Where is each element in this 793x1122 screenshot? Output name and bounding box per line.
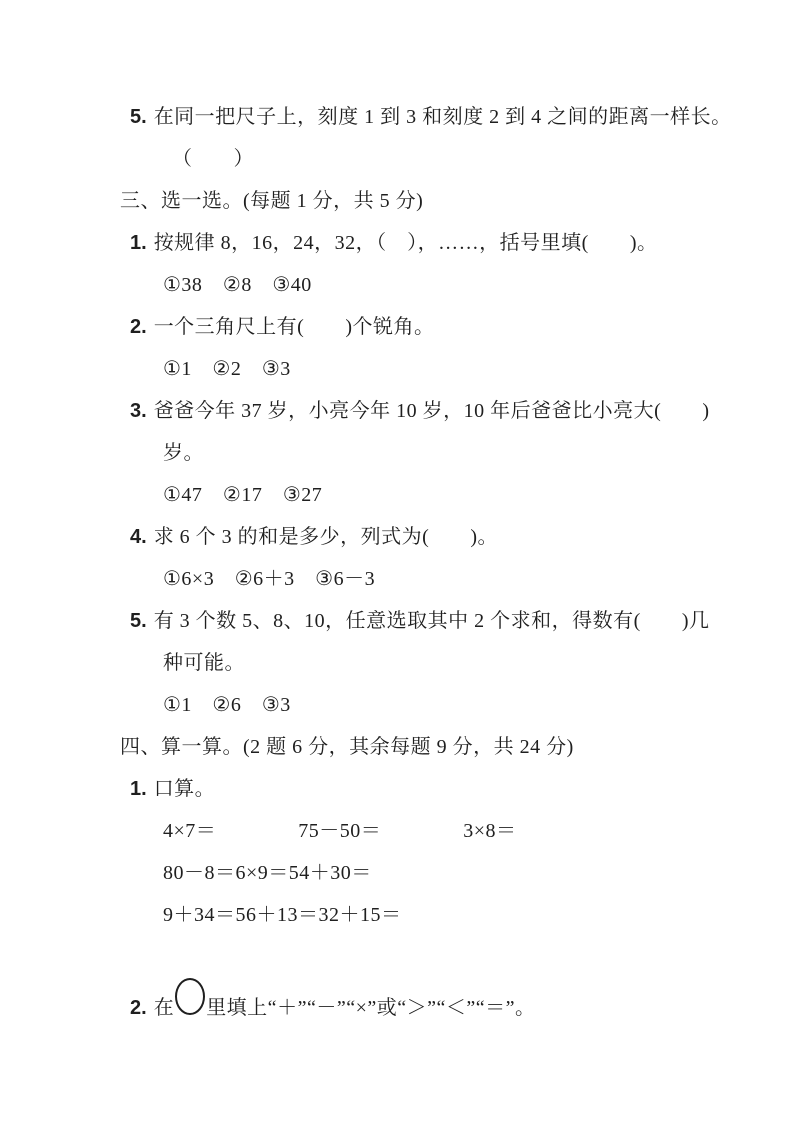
item-number: 1. (130, 778, 147, 800)
oral-calc-row-text: 9＋34＝56＋13＝32＋15＝ (163, 904, 402, 926)
question-line: 4.求 6 个 3 的和是多少，列式为( )。 (130, 516, 703, 558)
question-text: 有 3 个数 5、8、10，任意选取其中 2 个求和，得数有( )几 (154, 610, 710, 632)
options-row-text: ①6×3 ②6＋3 ③6－3 (163, 568, 375, 590)
question-text-after: 里填上“＋”“－”“×”或“＞”“＜”“＝”。 (206, 997, 535, 1019)
question-line-with-circle: 2.在里填上“＋”“－”“×”或“＞”“＜”“＝”。 (130, 978, 703, 1020)
question-text-before: 在 (154, 997, 175, 1019)
question-text: 口算。 (154, 778, 216, 800)
options-row-text: ①38 ②8 ③40 (163, 274, 312, 296)
section-header-text: 四、算一算。(2 题 6 分，其余每题 9 分，共 24 分) (120, 736, 574, 758)
question-text: 一个三角尺上有( )个锐角。 (154, 316, 435, 338)
section-header-text: 三、选一选。(每题 1 分，共 5 分) (120, 190, 423, 212)
continuation-row-text: 种可能。 (163, 652, 245, 674)
oral-calc-row-text: 4×7＝ 75－50＝ 3×8＝ (163, 820, 517, 842)
question-text: 爸爸今年 37 岁，小亮今年 10 岁，10 年后爸爸比小亮大( ) (154, 400, 710, 422)
item-number: 3. (130, 400, 147, 422)
item-number: 5. (130, 610, 147, 632)
question-text: 按规律 8，16，24，32，（ ），……，括号里填( )。 (154, 232, 658, 254)
document-body: 5.在同一把尺子上，刻度 1 到 3 和刻度 2 到 4 之间的距离一样长。（ … (120, 96, 703, 1020)
item-number: 2. (130, 316, 147, 338)
question-line: 1.口算。 (130, 768, 703, 810)
answer-circle (175, 978, 205, 1015)
item-number: 2. (130, 997, 147, 1019)
continuation-row-text: 岁。 (163, 442, 204, 464)
item-number: 1. (130, 232, 147, 254)
section-header: 三、选一选。(每题 1 分，共 5 分) (120, 180, 703, 222)
question-line: 2.一个三角尺上有( )个锐角。 (130, 306, 703, 348)
oral-calc-row: 80－8＝6×9＝54＋30＝ (163, 852, 703, 894)
options-row: ①1 ②2 ③3 (163, 348, 703, 390)
question-line: 5.在同一把尺子上，刻度 1 到 3 和刻度 2 到 4 之间的距离一样长。 (130, 96, 703, 138)
options-row: ①6×3 ②6＋3 ③6－3 (163, 558, 703, 600)
answer-blank-row: （ ） (172, 138, 703, 180)
options-row: ①47 ②17 ③27 (163, 474, 703, 516)
oral-calc-row: 4×7＝ 75－50＝ 3×8＝ (163, 810, 703, 852)
section-header: 四、算一算。(2 题 6 分，其余每题 9 分，共 24 分) (120, 726, 703, 768)
options-row: ①1 ②6 ③3 (163, 684, 703, 726)
question-line: 3.爸爸今年 37 岁，小亮今年 10 岁，10 年后爸爸比小亮大( ) (130, 390, 703, 432)
spacer-row (120, 936, 703, 978)
item-number: 4. (130, 526, 147, 548)
continuation-row: 种可能。 (163, 642, 703, 684)
oral-calc-row-text: 80－8＝6×9＝54＋30＝ (163, 862, 372, 884)
options-row: ①38 ②8 ③40 (163, 264, 703, 306)
question-line: 5.有 3 个数 5、8、10，任意选取其中 2 个求和，得数有( )几 (130, 600, 703, 642)
worksheet-page: 5.在同一把尺子上，刻度 1 到 3 和刻度 2 到 4 之间的距离一样长。（ … (0, 0, 793, 1122)
continuation-row: 岁。 (163, 432, 703, 474)
question-line: 1.按规律 8，16，24，32，（ ），……，括号里填( )。 (130, 222, 703, 264)
oral-calc-row: 9＋34＝56＋13＝32＋15＝ (163, 894, 703, 936)
options-row-text: ①1 ②2 ③3 (163, 358, 291, 380)
options-row-text: ①47 ②17 ③27 (163, 484, 322, 506)
question-text: 求 6 个 3 的和是多少，列式为( )。 (154, 526, 498, 548)
item-number: 5. (130, 106, 147, 128)
answer-blank-row-text: （ ） (172, 148, 254, 170)
options-row-text: ①1 ②6 ③3 (163, 694, 291, 716)
question-text: 在同一把尺子上，刻度 1 到 3 和刻度 2 到 4 之间的距离一样长。 (154, 106, 732, 128)
